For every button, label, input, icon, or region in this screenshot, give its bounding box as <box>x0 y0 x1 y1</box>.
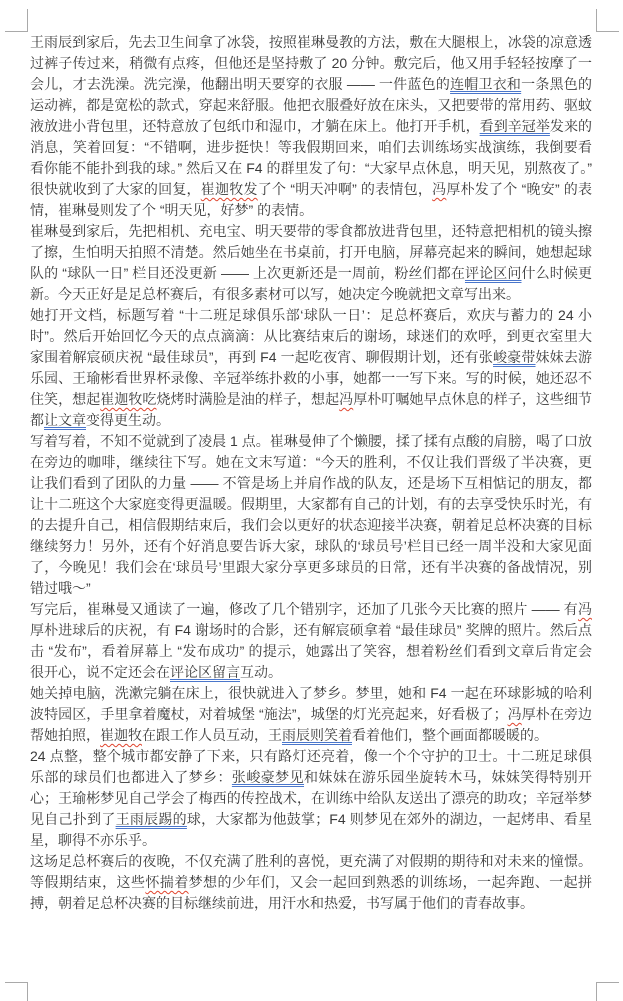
grammar-flagged-text: 王雨辰踢的 <box>116 811 187 827</box>
grammar-flagged-text: 评论区留言 <box>170 664 240 680</box>
paragraph[interactable]: 写着写着，不知不觉就到了凌晨 1 点。崔琳曼伸了个懒腰，揉了揉有点酸的肩膀，喝了… <box>30 431 592 599</box>
text-run: 看着他们，整个画面都暖暖的。 <box>352 727 548 743</box>
margin-crop-mark-top-right <box>596 9 619 32</box>
grammar-flagged-text: 雨辰则笑着 <box>282 727 352 743</box>
text-run: 在跟工作人员互动，王 <box>142 727 282 743</box>
spellcheck-flagged-text: 冯 <box>432 181 446 197</box>
grammar-flagged-text: 评论区问 <box>465 265 522 281</box>
paragraph[interactable]: 王雨辰到家后，先去卫生间拿了冰袋，按照崔琳曼教的方法，敷在大腿根上，冰袋的凉意透… <box>30 32 592 221</box>
text-run: 互动。 <box>240 664 282 680</box>
spellcheck-flagged-text: 怀揣着 <box>145 874 188 890</box>
spellcheck-flagged-text: 冯 <box>339 391 353 407</box>
document-page: 王雨辰到家后，先去卫生间拿了冰袋，按照崔琳曼教的方法，敷在大腿根上，冰袋的凉意透… <box>0 0 623 1001</box>
grammar-flagged-text: 连帽卫衣和 <box>450 76 521 92</box>
text-run: 变得更生动。 <box>86 412 170 428</box>
spellcheck-flagged-text: 冯 <box>508 706 522 722</box>
grammar-flagged-text: 峻豪带 <box>493 349 536 365</box>
paragraph[interactable]: 24 点整，整个城市都安静了下来，只有路灯还亮着，像一个个守护的卫士。十二班足球… <box>30 746 592 851</box>
grammar-flagged-text: 张峻豪梦见 <box>232 769 304 785</box>
spellcheck-flagged-text: 崔迦牧 <box>100 727 142 743</box>
margin-crop-mark-bottom-right <box>596 982 619 1001</box>
paragraph[interactable]: 崔琳曼到家后，先把相机、充电宝、明天要带的零食都放进背包里，还特意把相机的镜头擦… <box>30 221 592 305</box>
paragraph[interactable]: 这场足总杯赛后的夜晚，不仅充满了胜利的喜悦，更充满了对假期的期待和对未来的憧憬。… <box>30 851 592 914</box>
spellcheck-flagged-text: 冯 <box>578 601 592 617</box>
text-run: 了个 “明天冲啊” 的表情包， <box>258 181 432 197</box>
margin-crop-mark-bottom-left <box>5 982 28 1001</box>
grammar-flagged-text: 让文章 <box>44 412 86 428</box>
margin-crop-mark-top-left <box>5 9 28 32</box>
spellcheck-flagged-text: 崔迦牧吃 <box>100 391 156 407</box>
paragraph[interactable]: 她打开文档，标题写着 “十二班足球俱乐部‘球队一日’：足总杯赛后，欢庆与蓄力的 … <box>30 305 592 431</box>
text-run: 厚朴进球后的庆祝，有 F4 谢场时的合影，还有解宸硕拿着 “最佳球员” 奖牌的照… <box>30 622 592 680</box>
document-text-area[interactable]: 王雨辰到家后，先去卫生间拿了冰袋，按照崔琳曼教的方法，敷在大腿根上，冰袋的凉意透… <box>30 32 592 914</box>
spellcheck-flagged-text: 崔迦牧发 <box>201 181 258 197</box>
text-run: 写着写着，不知不觉就到了凌晨 1 点。崔琳曼伸了个懒腰，揉了揉有点酸的肩膀，喝了… <box>30 433 592 596</box>
text-run: 写完后，崔琳曼又通读了一遍，修改了几个错别字，还加了几张今天比赛的照片 —— 有 <box>30 601 578 617</box>
text-run: 烧烤时满脸是油的样子，想起 <box>156 391 339 407</box>
grammar-flagged-text: 看到辛冠举 <box>480 118 550 134</box>
paragraph[interactable]: 她关掉电脑，洗漱完躺在床上，很快就进入了梦乡。梦里，她和 F4 一起在环球影城的… <box>30 683 592 746</box>
paragraph[interactable]: 写完后，崔琳曼又通读了一遍，修改了几个错别字，还加了几张今天比赛的照片 —— 有… <box>30 599 592 683</box>
